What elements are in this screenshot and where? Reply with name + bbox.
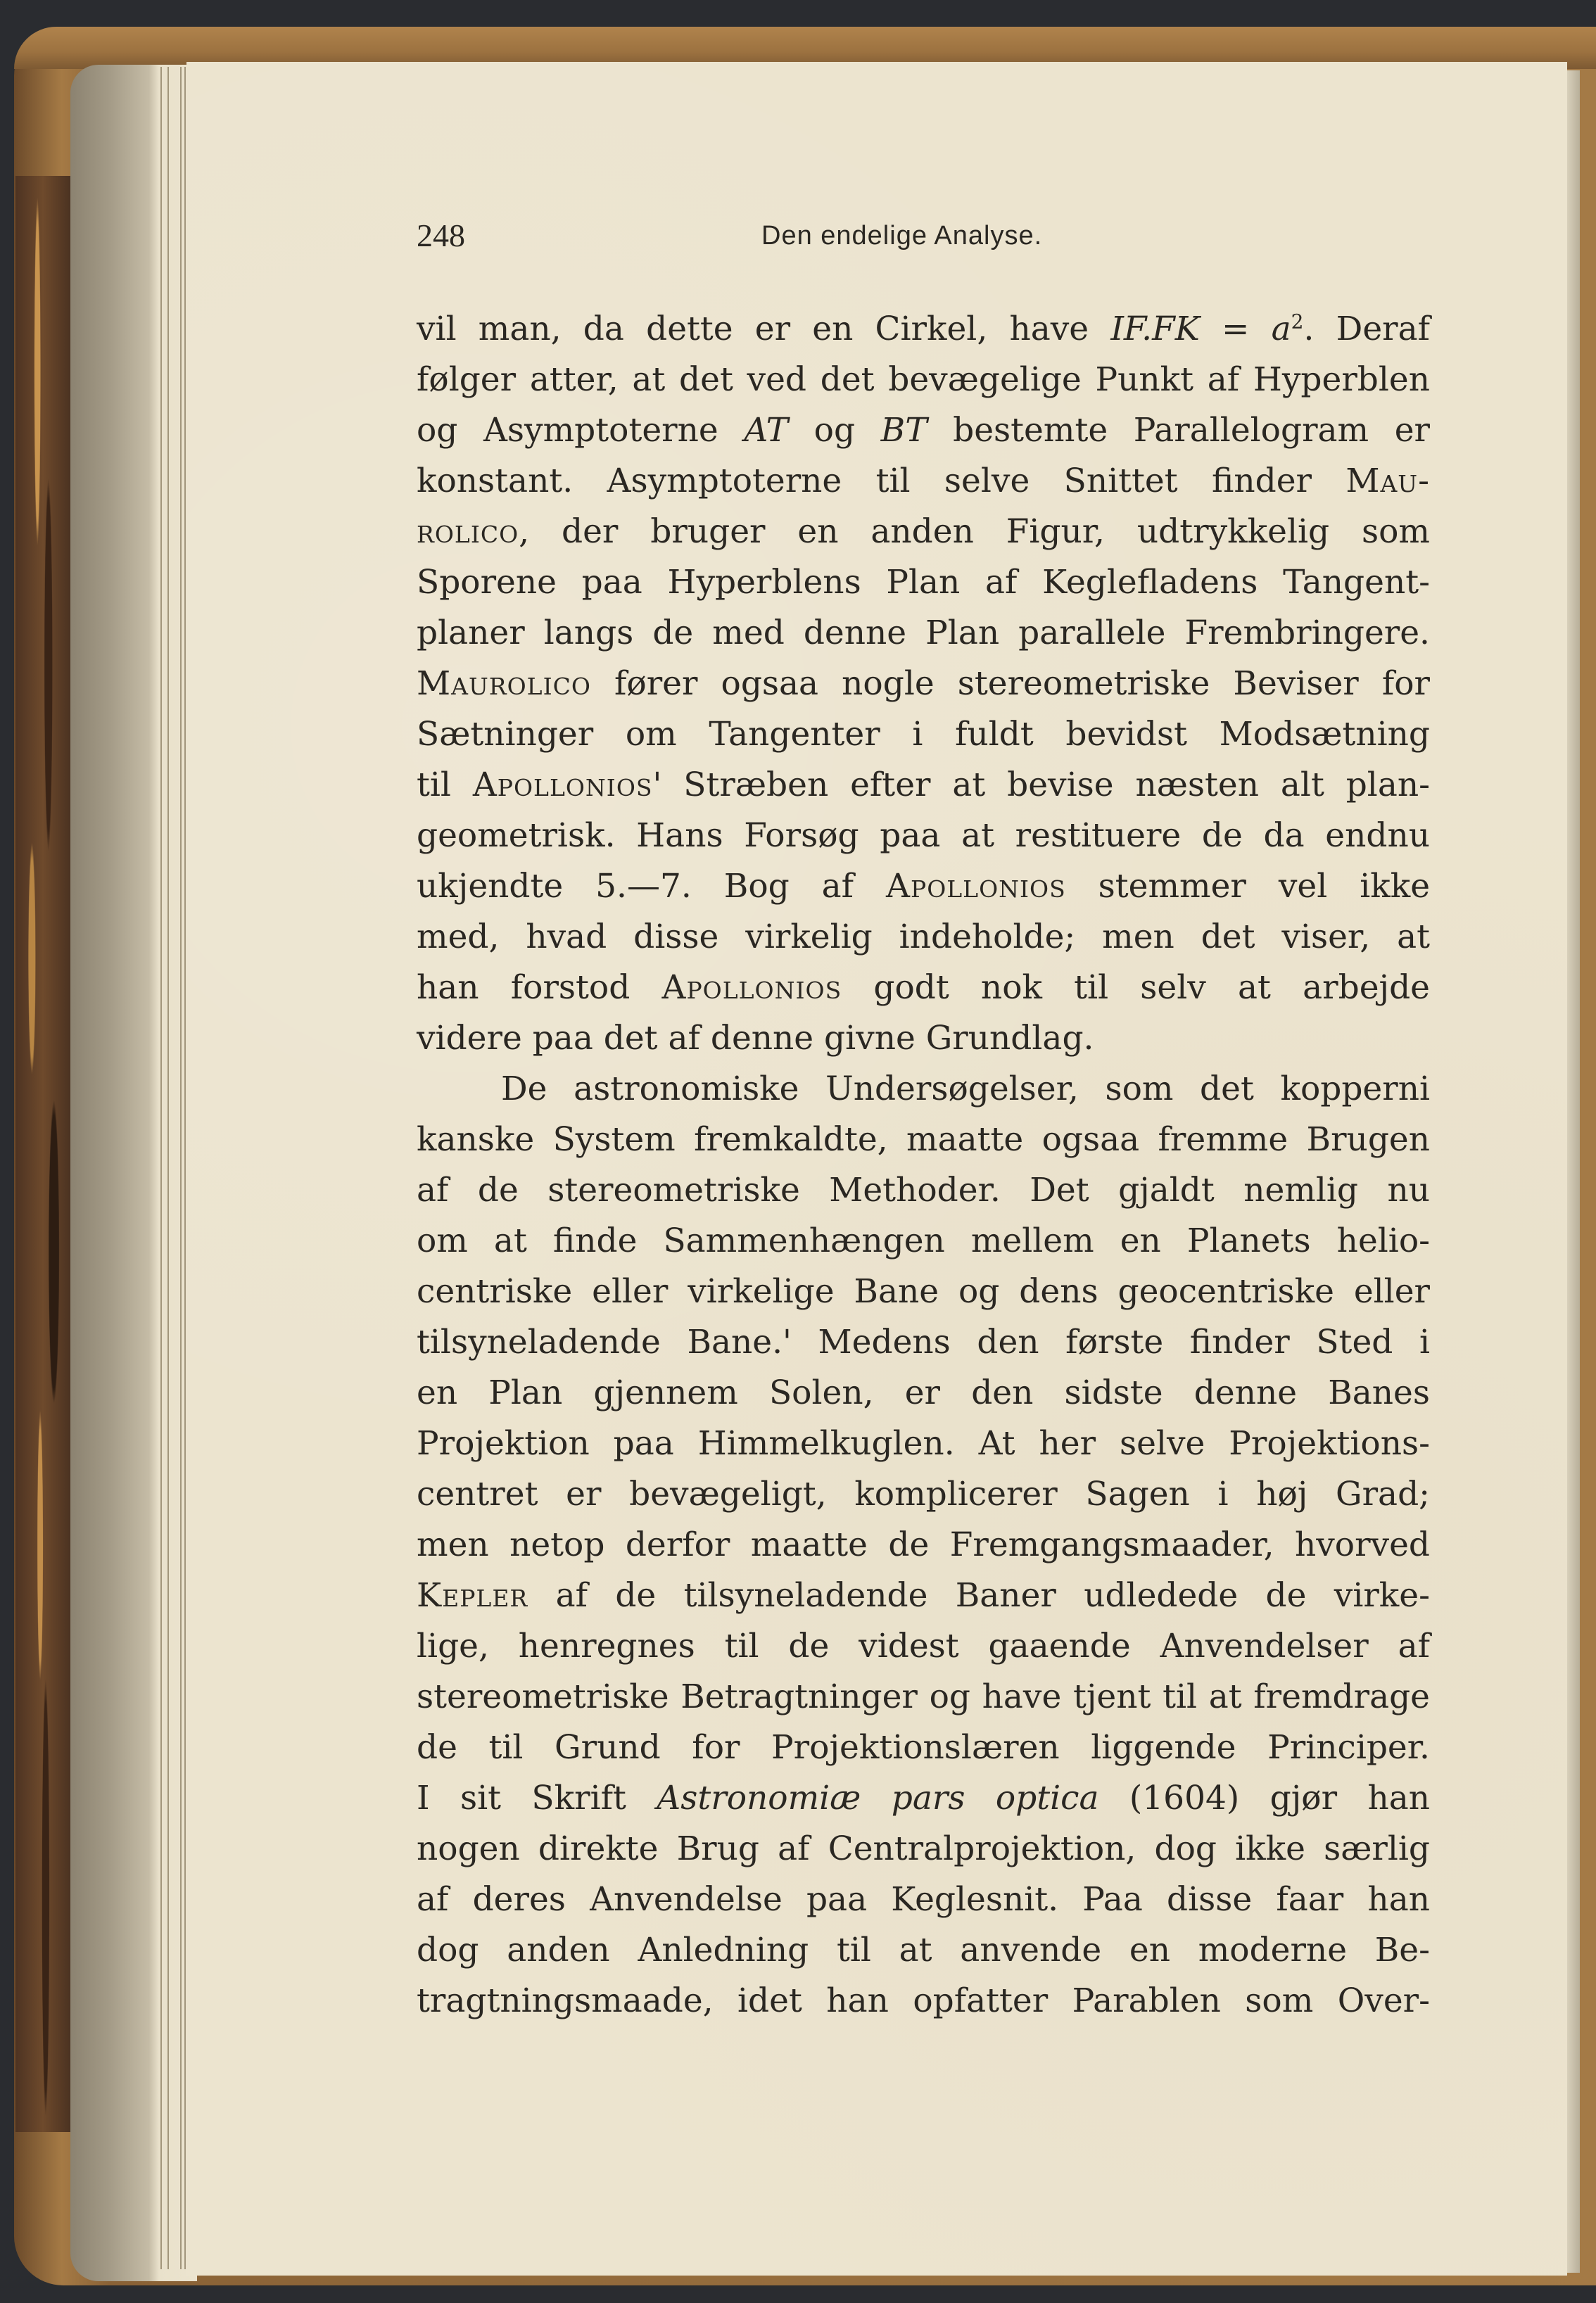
- text-line: videre paa det af denne givne Grundlag.: [417, 1013, 1430, 1064]
- superscript: 2: [1291, 310, 1304, 333]
- small-caps-name: rolico: [417, 512, 519, 551]
- text-line: vil man, da dette er en Cirkel, have IF.…: [417, 304, 1430, 355]
- running-title: Den endelige Analyse.: [761, 221, 1042, 251]
- small-caps-name: Apollonios: [886, 867, 1066, 906]
- text-line: med, hvad disse virkelig indeholde; men …: [417, 912, 1430, 963]
- italic-text: AT: [744, 411, 788, 450]
- text-line: af deres Anvendelse paa Keglesnit. Paa d…: [417, 1874, 1430, 1925]
- page-content: 248 Den endelige Analyse. vil man, da de…: [417, 211, 1430, 2026]
- page-edge-line: [167, 67, 169, 2269]
- marbled-spine: [15, 176, 70, 2132]
- text-line: han forstod Apollonios godt nok til selv…: [417, 963, 1430, 1013]
- text-line: Maurolico fører ogsaa nogle stereometris…: [417, 659, 1430, 709]
- text-line: rolico, der bruger en anden Figur, udtry…: [417, 507, 1430, 557]
- text-line: De astronomiske Undersøgelser, som det k…: [417, 1064, 1430, 1115]
- paragraph: vil man, da dette er en Cirkel, have IF.…: [417, 304, 1430, 1064]
- text-line: og Asymptoterne AT og BT bestemte Parall…: [417, 405, 1430, 456]
- text-line: Sætninger om Tangenter i fuldt bevidst M…: [417, 709, 1430, 760]
- text-line: konstant. Asymptoterne til selve Snittet…: [417, 456, 1430, 507]
- small-caps-name: Kepler: [417, 1576, 528, 1615]
- italic-text: a: [1272, 310, 1291, 348]
- text-line: I sit Skrift Astronomiæ pars optica (160…: [417, 1773, 1430, 1824]
- text-line: ukjendte 5.—7. Bog af Apollonios stemmer…: [417, 861, 1430, 912]
- text-line: til Apollonios' Stræben efter at bevise …: [417, 760, 1430, 811]
- small-caps-name: Mau-: [1345, 462, 1430, 500]
- text-line: planer langs de med denne Plan parallele…: [417, 608, 1430, 659]
- text-line: en Plan gjennem Solen, er den sidste den…: [417, 1368, 1430, 1419]
- page-edge-line: [184, 67, 186, 2269]
- text-line: Sporene paa Hyperblens Plan af Kegleflad…: [417, 557, 1430, 608]
- text-line: geometrisk. Hans Forsøg paa at restituer…: [417, 811, 1430, 861]
- page-right-edge: [1567, 70, 1580, 2273]
- paragraph: De astronomiske Undersøgelser, som det k…: [417, 1064, 1430, 2026]
- text-line: stereometriske Betragtninger og have tje…: [417, 1672, 1430, 1723]
- running-head: 248 Den endelige Analyse.: [417, 211, 1430, 274]
- small-caps-name: Maurolico: [417, 664, 591, 703]
- text-line: de til Grund for Projektionslæren liggen…: [417, 1723, 1430, 1773]
- text-line: følger atter, at det ved det bevægelige …: [417, 355, 1430, 405]
- text-line: af de stereometriske Methoder. Det gjald…: [417, 1165, 1430, 1216]
- text-line: dog anden Anledning til at anvende en mo…: [417, 1925, 1430, 1976]
- italic-text: IF.FK: [1110, 310, 1200, 348]
- text-line: nogen direkte Brug af Centralprojektion,…: [417, 1824, 1430, 1874]
- page-edge-line: [180, 67, 182, 2269]
- small-caps-name: Apollonios: [473, 766, 653, 804]
- text-line: tilsyneladende Bane.' Medens den første …: [417, 1317, 1430, 1368]
- text-line: men netop derfor maatte de Fremgangsmaad…: [417, 1520, 1430, 1571]
- text-line: centret er bevægeligt, komplicerer Sagen…: [417, 1469, 1430, 1520]
- body-text: vil man, da dette er en Cirkel, have IF.…: [417, 304, 1430, 2026]
- page-number: 248: [417, 217, 465, 254]
- text-line: Projektion paa Himmelkuglen. At her selv…: [417, 1419, 1430, 1469]
- page-edge-line: [160, 67, 162, 2269]
- text-line: Kepler af de tilsyneladende Baner udlede…: [417, 1571, 1430, 1621]
- text-line: centriske eller virkelige Bane og dens g…: [417, 1267, 1430, 1317]
- text-line: lige, henregnes til de videst gaaende An…: [417, 1621, 1430, 1672]
- italic-text: Astronomiæ pars optica: [657, 1779, 1098, 1817]
- text-line: kanske System fremkaldte, maatte ogsaa f…: [417, 1115, 1430, 1165]
- text-line: tragtningsmaade, idet han opfatter Parab…: [417, 1976, 1430, 2026]
- italic-text: BT: [881, 411, 927, 450]
- text-line: om at finde Sammenhængen mellem en Plane…: [417, 1216, 1430, 1267]
- page-block-edges: [70, 65, 197, 2281]
- small-caps-name: Apollonios: [662, 968, 842, 1007]
